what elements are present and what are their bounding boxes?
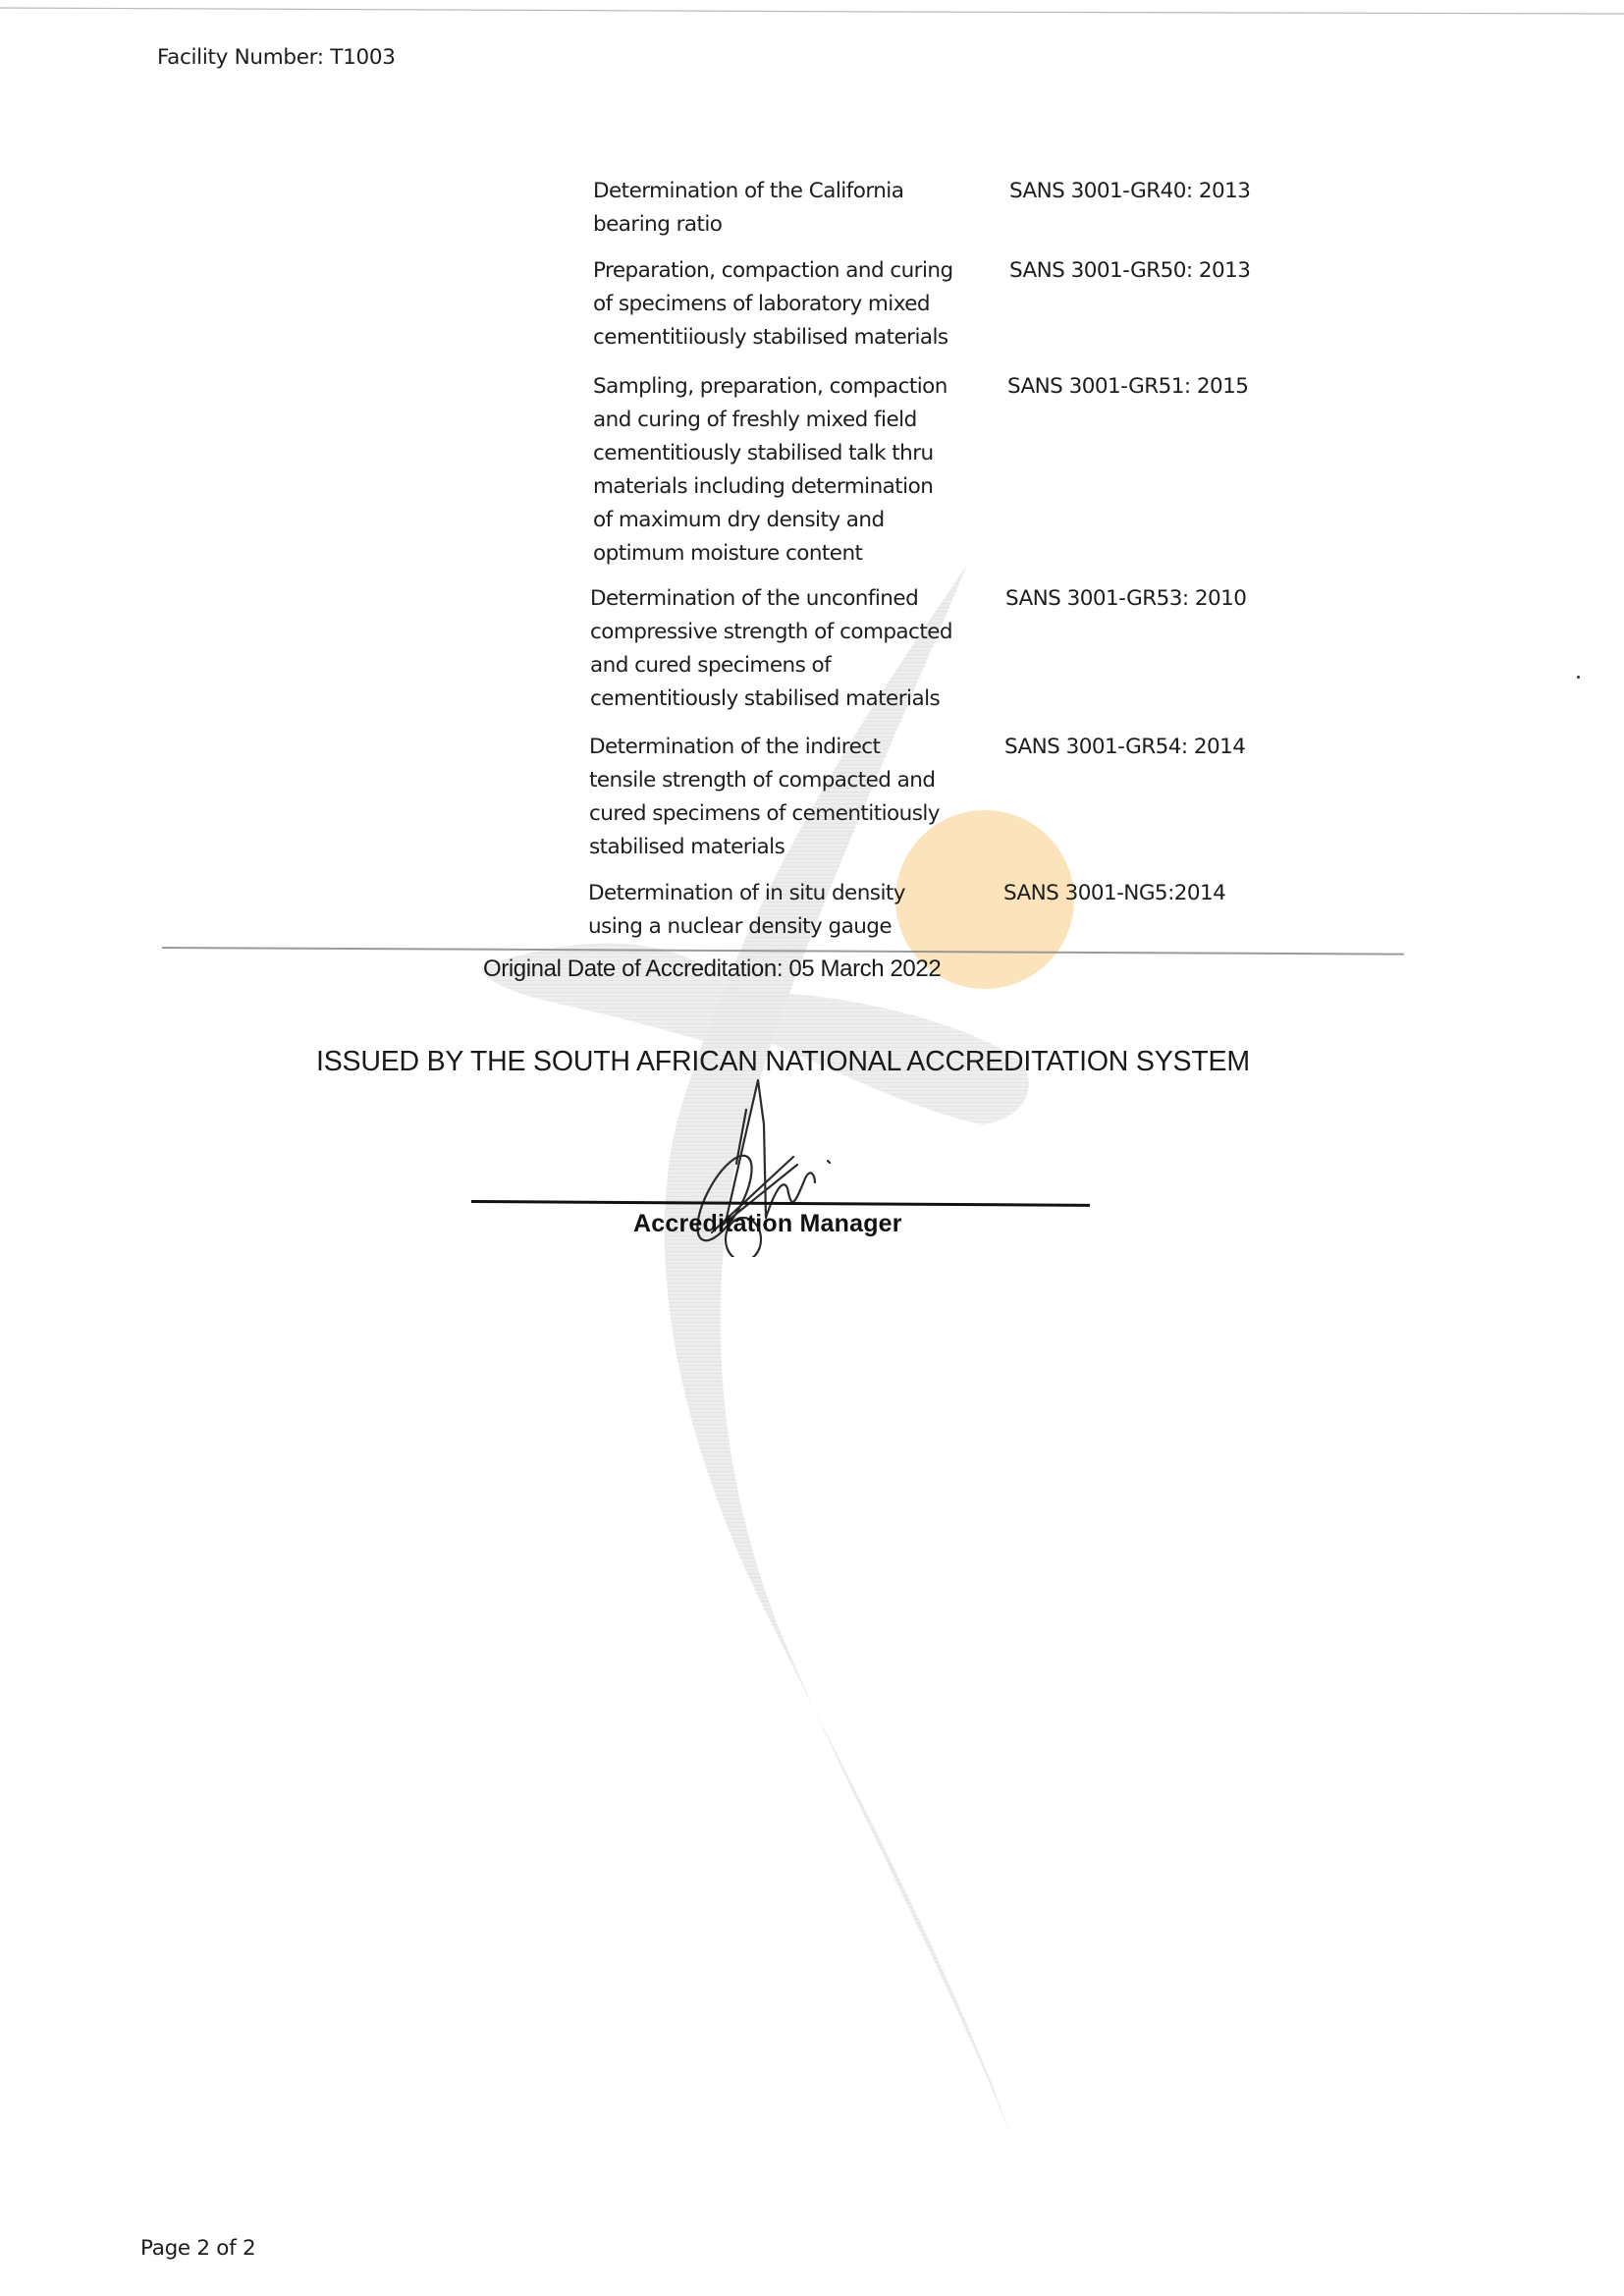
table-bottom-divider (162, 947, 1404, 956)
test-description: Preparation, compaction and curing of sp… (593, 254, 1015, 355)
test-description: Determination of the indirect tensile st… (589, 731, 1011, 864)
test-standard: SANS 3001-GR40: 2013 (1009, 175, 1250, 208)
test-description: Determination of in situ density using a… (588, 877, 1010, 944)
test-standard: SANS 3001-NG5:2014 (1003, 877, 1225, 910)
scan-speck (1577, 676, 1580, 679)
test-description: Sampling, preparation, compaction and cu… (593, 370, 1015, 571)
facility-number: Facility Number: T1003 (157, 45, 396, 70)
page-number: Page 2 of 2 (140, 2236, 255, 2261)
scan-edge-line (0, 6, 1624, 16)
test-description: Determination of the California bearing … (593, 175, 1015, 242)
test-description: Determination of the unconfined compress… (590, 582, 1012, 716)
test-standard: SANS 3001-GR50: 2013 (1009, 254, 1250, 288)
certificate-page: Facility Number: T1003 Determination of … (0, 0, 1624, 2296)
test-standard: SANS 3001-GR51: 2015 (1007, 370, 1248, 404)
test-standard: SANS 3001-GR54: 2014 (1004, 731, 1245, 764)
test-standard: SANS 3001-GR53: 2010 (1005, 582, 1246, 616)
signatory-title: Accreditation Manager (633, 1210, 902, 1238)
original-accreditation-date: Original Date of Accreditation: 05 March… (483, 956, 941, 983)
